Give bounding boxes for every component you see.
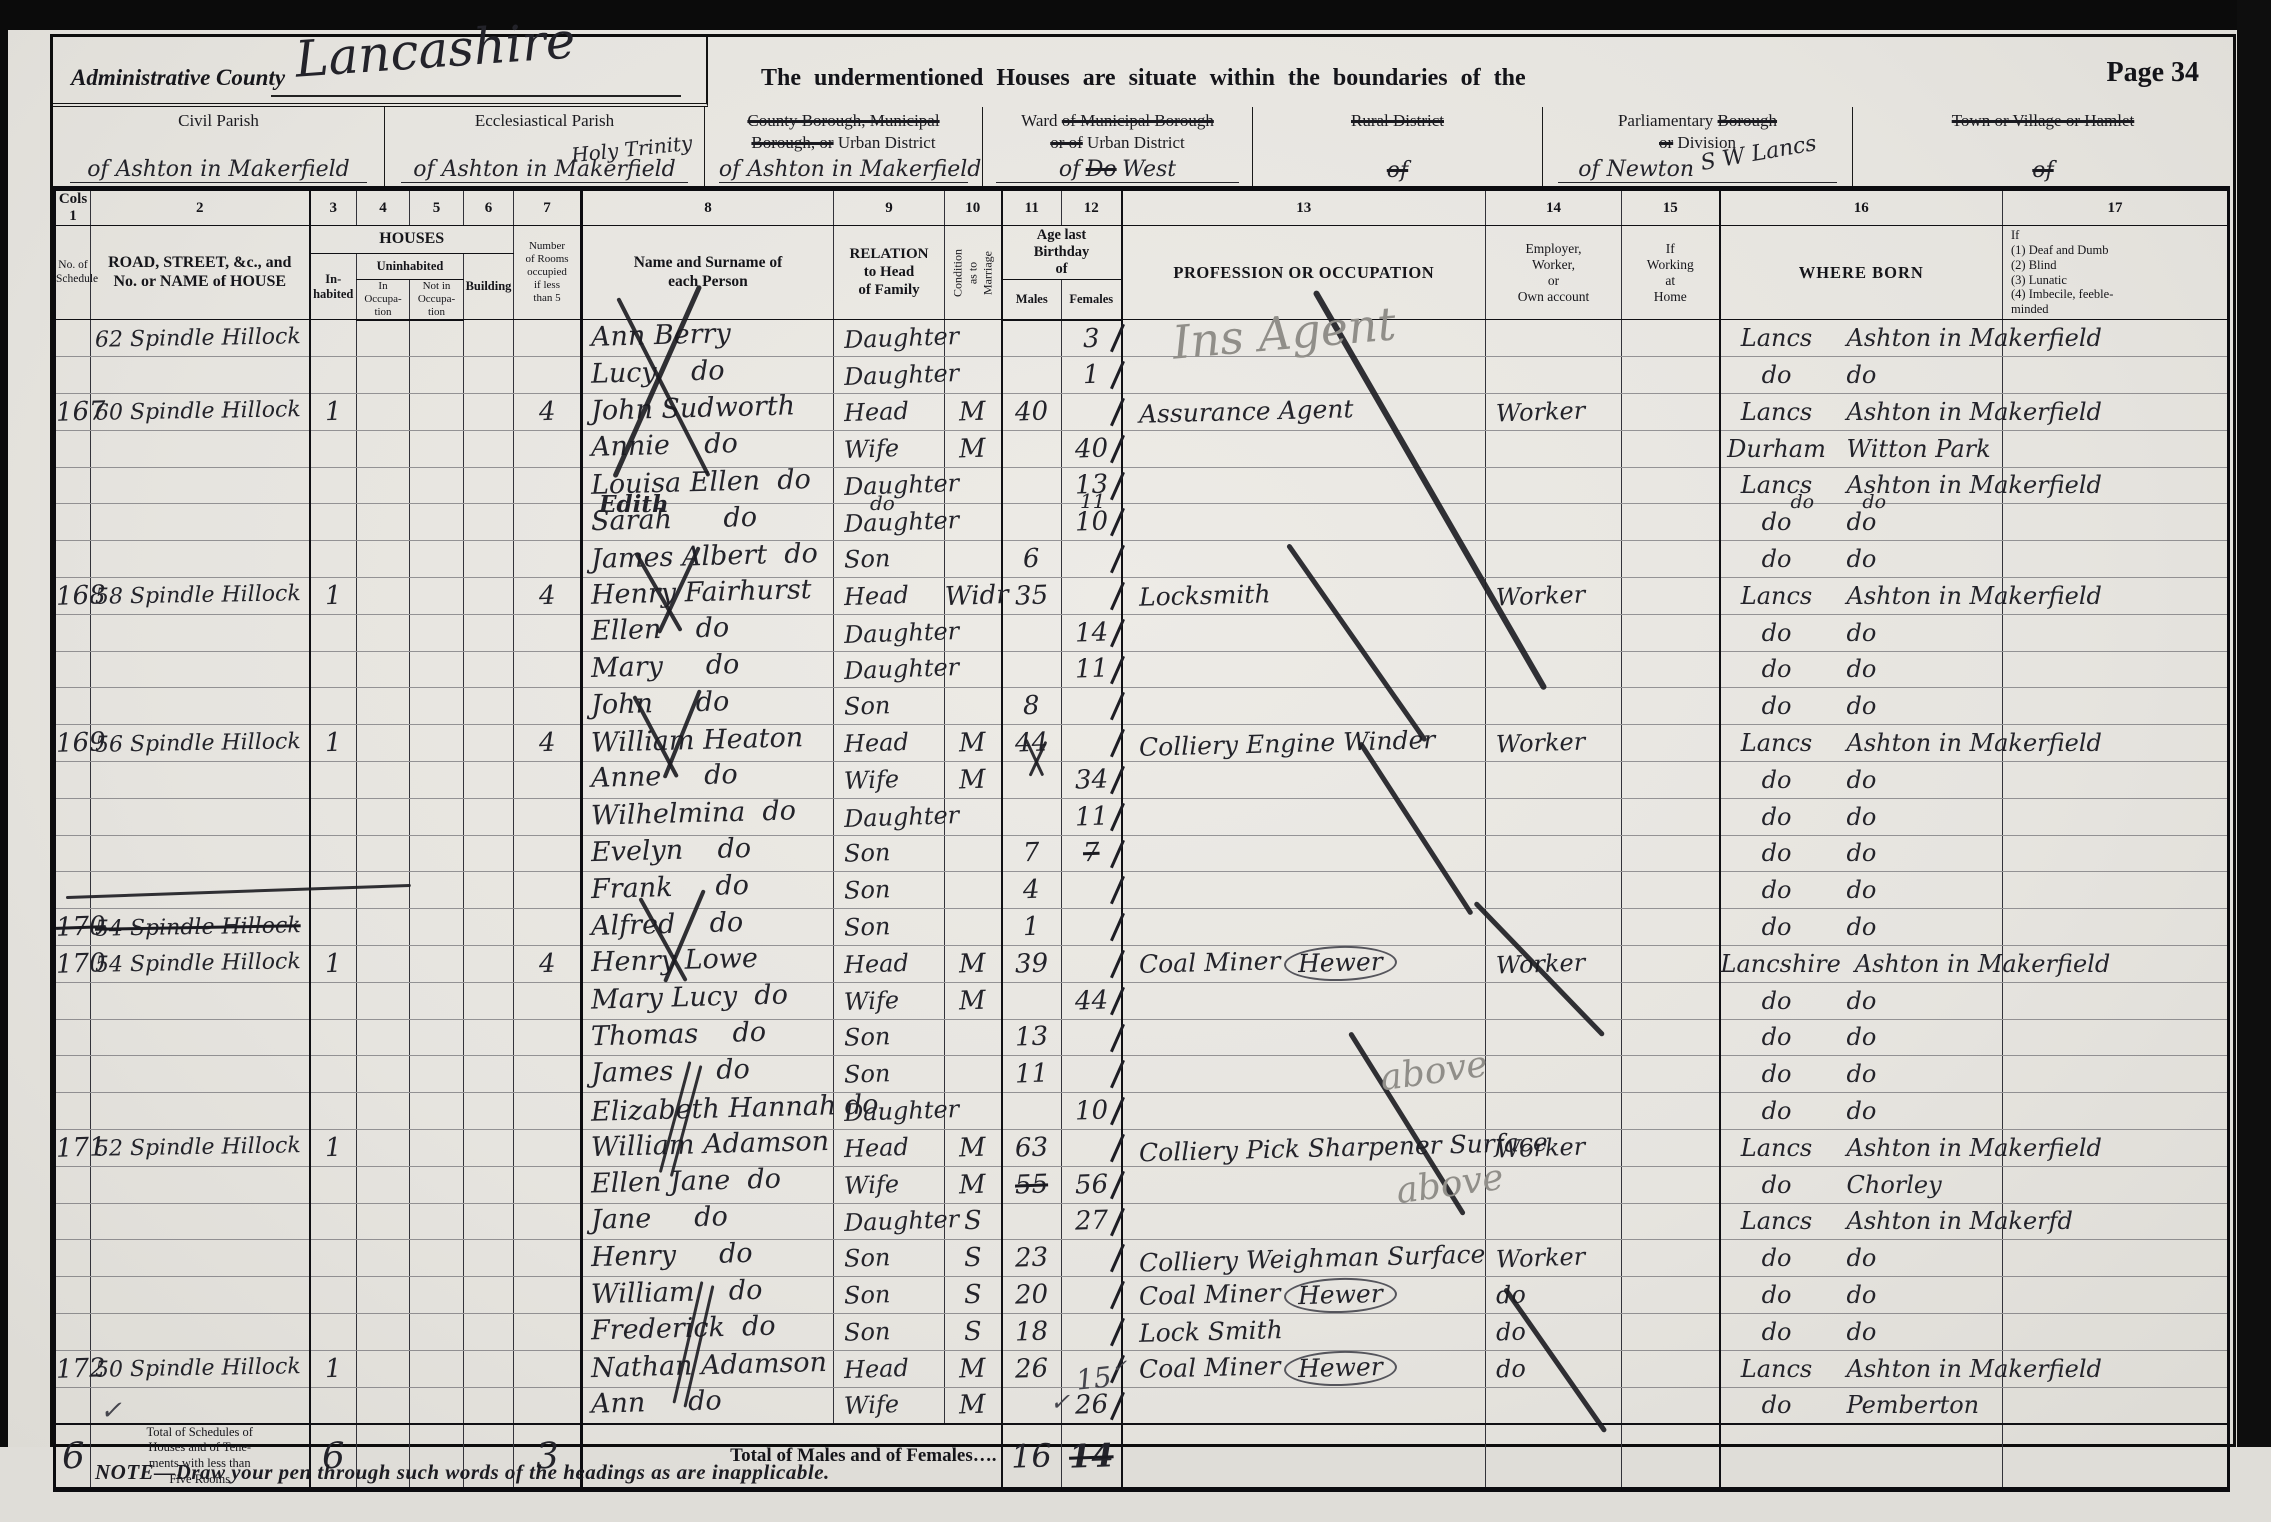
cell-road: 58 Spindle Hillock bbox=[91, 577, 310, 614]
header-females: Females bbox=[1062, 280, 1122, 320]
cell-infirmity bbox=[2003, 688, 2229, 725]
cell-rooms bbox=[514, 1166, 582, 1203]
cell-road bbox=[91, 504, 310, 541]
cell-working-at-home bbox=[1622, 1350, 1720, 1387]
district-title: Rural District bbox=[1253, 107, 1542, 132]
header-rooms: Numberof Roomsoccupiedif lessthan 5 bbox=[514, 226, 582, 320]
cell-name: James do bbox=[582, 1056, 834, 1093]
cell-infirmity bbox=[2003, 1203, 2229, 1240]
cell-condition: M bbox=[945, 1129, 1002, 1166]
cell-working-at-home bbox=[1622, 835, 1720, 872]
cell-age-male: 11 bbox=[1002, 1056, 1062, 1093]
cell-profession: Assurance Agent bbox=[1122, 394, 1486, 431]
cell-where-born: dodo bbox=[1720, 1313, 2003, 1350]
cell-building bbox=[464, 1387, 514, 1424]
cell-relation: Wife bbox=[834, 1387, 945, 1424]
cell-working-at-home bbox=[1622, 688, 1720, 725]
cell-employer bbox=[1486, 430, 1622, 467]
cell-relation: Head bbox=[834, 725, 945, 762]
header-in-occupation: InOccupa-tion bbox=[357, 280, 410, 320]
cell-working-at-home bbox=[1622, 872, 1720, 909]
cell-relation: Wife bbox=[834, 430, 945, 467]
cell-infirmity bbox=[2003, 1093, 2229, 1130]
pencil-annotation: ✓ bbox=[1112, 1356, 1127, 1377]
cell-infirmity bbox=[2003, 577, 2229, 614]
column-number: 10 bbox=[945, 189, 1002, 226]
cell-rooms bbox=[514, 357, 582, 394]
cell-where-born: LancsAshton in Makerfd bbox=[1720, 1203, 2003, 1240]
cell-infirmity bbox=[2003, 504, 2229, 541]
cell-inhabited bbox=[310, 909, 357, 946]
cell-not-in-occupation bbox=[410, 1056, 464, 1093]
census-page-scan: Administrative County Lancashire The und… bbox=[0, 0, 2271, 1522]
cell-in-occupation bbox=[357, 725, 410, 762]
cell-name: John Sudworth bbox=[582, 394, 834, 431]
header-relation: RELATIONto Headof Family bbox=[834, 226, 945, 320]
district-header-civil-parish: Civil Parishof Ashton in Makerfield bbox=[53, 107, 385, 186]
cell-condition: M bbox=[945, 1387, 1002, 1424]
cell-profession bbox=[1122, 651, 1486, 688]
cell-in-occupation bbox=[357, 1093, 410, 1130]
column-numbers-row: Cols 1234567891011121314151617 bbox=[55, 189, 2229, 226]
cell-not-in-occupation bbox=[410, 798, 464, 835]
cell-rooms bbox=[514, 467, 582, 504]
cell-not-in-occupation bbox=[410, 725, 464, 762]
cell-relation: Son bbox=[834, 1240, 945, 1277]
administrative-county-box: Administrative County Lancashire bbox=[53, 37, 708, 107]
cell-in-occupation bbox=[357, 541, 410, 578]
cell-rooms bbox=[514, 982, 582, 1019]
cell-not-in-occupation bbox=[410, 1350, 464, 1387]
cell-working-at-home bbox=[1622, 1166, 1720, 1203]
district-value: of bbox=[1872, 157, 2214, 183]
cell-profession bbox=[1122, 761, 1486, 798]
cell-employer: Worker bbox=[1486, 1129, 1622, 1166]
cell-building bbox=[464, 909, 514, 946]
column-number: Cols 1 bbox=[55, 189, 91, 226]
cell-profession bbox=[1122, 1093, 1486, 1130]
cell-in-occupation bbox=[357, 835, 410, 872]
cell-relation: Daughterdo bbox=[834, 504, 945, 541]
cell-relation: Daughter bbox=[834, 651, 945, 688]
cell-age-male bbox=[1002, 982, 1062, 1019]
cell-schedule: 167 bbox=[55, 394, 91, 431]
cell-not-in-occupation bbox=[410, 688, 464, 725]
cell-employer bbox=[1486, 688, 1622, 725]
header-uninhabited: Uninhabited bbox=[357, 254, 464, 280]
cell-working-at-home bbox=[1622, 761, 1720, 798]
census-row: Wilhelmina doDaughter11dodo bbox=[55, 798, 2229, 835]
cell-inhabited: 1 bbox=[310, 1350, 357, 1387]
cell-in-occupation bbox=[357, 872, 410, 909]
district-value: of Ashton in Makerfield bbox=[719, 156, 968, 183]
cell-employer: Worker bbox=[1486, 1240, 1622, 1277]
cell-where-born: LancsAshton in Makerfield bbox=[1720, 1129, 2003, 1166]
cell-working-at-home bbox=[1622, 467, 1720, 504]
cell-rooms: 4 bbox=[514, 945, 582, 982]
cell-name: Henry Fairhurst bbox=[582, 577, 834, 614]
pencil-annotation: ✓ bbox=[100, 1396, 122, 1426]
administrative-county-label: Administrative County bbox=[71, 65, 285, 91]
cell-where-born: doChorley bbox=[1720, 1166, 2003, 1203]
cell-schedule bbox=[55, 1093, 91, 1130]
cell-name: Mary do bbox=[582, 651, 834, 688]
header-not-in-occupation: Not inOccupa-tion bbox=[410, 280, 464, 320]
cell-age-male: 63 bbox=[1002, 1129, 1062, 1166]
cell-condition bbox=[945, 798, 1002, 835]
cell-road bbox=[91, 430, 310, 467]
cell-schedule: 170 bbox=[55, 945, 91, 982]
cell-condition bbox=[945, 504, 1002, 541]
cell-relation: Son bbox=[834, 909, 945, 946]
cell-employer: Worker bbox=[1486, 725, 1622, 762]
cell-road bbox=[91, 614, 310, 651]
table-header: Cols 1234567891011121314151617No. ofSche… bbox=[55, 189, 2229, 320]
cell-where-born: dodo bbox=[1720, 909, 2003, 946]
cell-employer bbox=[1486, 320, 1622, 357]
district-header-rural-district: Rural Districtof bbox=[1253, 107, 1543, 186]
cell-inhabited bbox=[310, 688, 357, 725]
census-row: 17054 Spindle HillockAlfred doSon1dodo bbox=[55, 909, 2229, 946]
cell-schedule bbox=[55, 320, 91, 357]
cell-employer: Worker bbox=[1486, 394, 1622, 431]
cell-age-male: 18 bbox=[1002, 1313, 1062, 1350]
cell-name: Henry do bbox=[582, 1240, 834, 1277]
cell-age-male: 35 bbox=[1002, 577, 1062, 614]
cell-rooms bbox=[514, 688, 582, 725]
census-row: Jane doDaughterS27LancsAshton in Makerfd bbox=[55, 1203, 2229, 1240]
cell-condition: S bbox=[945, 1313, 1002, 1350]
cell-profession bbox=[1122, 1387, 1486, 1424]
cell-employer bbox=[1486, 541, 1622, 578]
cell-working-at-home bbox=[1622, 1056, 1720, 1093]
cell-age-male bbox=[1002, 467, 1062, 504]
cell-inhabited: 1 bbox=[310, 1129, 357, 1166]
cell-not-in-occupation bbox=[410, 1277, 464, 1314]
cell-not-in-occupation bbox=[410, 1019, 464, 1056]
cell-inhabited bbox=[310, 614, 357, 651]
cell-in-occupation bbox=[357, 1056, 410, 1093]
cell-not-in-occupation bbox=[410, 982, 464, 1019]
cell-working-at-home bbox=[1622, 982, 1720, 1019]
cell-not-in-occupation bbox=[410, 541, 464, 578]
cell-building bbox=[464, 1313, 514, 1350]
cell-infirmity bbox=[2003, 651, 2229, 688]
cell-rooms bbox=[514, 1129, 582, 1166]
cell-name: Frederick do bbox=[582, 1313, 834, 1350]
cell-relation: Head bbox=[834, 1350, 945, 1387]
cell-employer bbox=[1486, 761, 1622, 798]
cell-inhabited bbox=[310, 1166, 357, 1203]
cell-inhabited: 1 bbox=[310, 725, 357, 762]
header-inhabited: In-habited bbox=[310, 254, 357, 320]
cell-age-male bbox=[1002, 320, 1062, 357]
cell-name: Nathan Adamson bbox=[582, 1350, 834, 1387]
cell-schedule bbox=[55, 872, 91, 909]
cell-relation: Daughter bbox=[834, 1093, 945, 1130]
cell-age-male bbox=[1002, 357, 1062, 394]
cell-where-born: dodo bbox=[1720, 1019, 2003, 1056]
cell-road bbox=[91, 761, 310, 798]
cell-inhabited bbox=[310, 1277, 357, 1314]
cell-where-born: dodo bbox=[1720, 688, 2003, 725]
census-row: Anne doWifeM34dodo bbox=[55, 761, 2229, 798]
column-number: 16 bbox=[1720, 189, 2003, 226]
header-schedule: No. ofSchedule bbox=[55, 226, 91, 320]
cell-rooms: 4 bbox=[514, 394, 582, 431]
cell-age-male: 1 bbox=[1002, 909, 1062, 946]
cell-building bbox=[464, 541, 514, 578]
district-header-ecclesiastical-parish: Ecclesiastical ParishHoly Trinityof Asht… bbox=[385, 107, 705, 186]
cell-name: Frank do bbox=[582, 872, 834, 909]
cell-profession bbox=[1122, 982, 1486, 1019]
cell-relation: Head bbox=[834, 577, 945, 614]
census-row: Ellen doDaughter14dodo bbox=[55, 614, 2229, 651]
cell-working-at-home bbox=[1622, 614, 1720, 651]
cell-profession bbox=[1122, 430, 1486, 467]
cell-schedule bbox=[55, 1240, 91, 1277]
cell-road bbox=[91, 1277, 310, 1314]
cell-relation: Wife bbox=[834, 1166, 945, 1203]
cell-employer bbox=[1486, 504, 1622, 541]
cell-in-occupation bbox=[357, 982, 410, 1019]
cell-inhabited bbox=[310, 798, 357, 835]
cell-relation: Son bbox=[834, 1313, 945, 1350]
column-number: 17 bbox=[2003, 189, 2229, 226]
cell-not-in-occupation bbox=[410, 872, 464, 909]
cell-condition bbox=[945, 541, 1002, 578]
cell-road: 56 Spindle Hillock bbox=[91, 725, 310, 762]
cell-not-in-occupation bbox=[410, 1387, 464, 1424]
cell-in-occupation bbox=[357, 1313, 410, 1350]
cell-infirmity bbox=[2003, 798, 2229, 835]
pencil-annotation: 15 bbox=[1074, 1360, 1113, 1397]
cell-profession bbox=[1122, 909, 1486, 946]
cell-road bbox=[91, 467, 310, 504]
cell-in-occupation bbox=[357, 320, 410, 357]
cell-relation: Head bbox=[834, 945, 945, 982]
cell-not-in-occupation bbox=[410, 651, 464, 688]
cell-working-at-home bbox=[1622, 1277, 1720, 1314]
cell-road bbox=[91, 835, 310, 872]
cell-age-male: 20 bbox=[1002, 1277, 1062, 1314]
cell-in-occupation bbox=[357, 1240, 410, 1277]
census-row: Ann doWifeM26doPemberton bbox=[55, 1387, 2229, 1424]
cell-infirmity bbox=[2003, 357, 2229, 394]
column-number: 12 bbox=[1062, 189, 1122, 226]
cell-employer bbox=[1486, 1387, 1622, 1424]
census-row: William doSonS20Coal MinerHewerdododo bbox=[55, 1277, 2229, 1314]
cell-where-born: LancsAshton in Makerfield bbox=[1720, 394, 2003, 431]
census-rows: 62 Spindle HillockAnn BerryDaughter3Lanc… bbox=[55, 320, 2229, 1490]
cell-schedule bbox=[55, 798, 91, 835]
cell-age-male: 6 bbox=[1002, 541, 1062, 578]
cell-rooms bbox=[514, 1387, 582, 1424]
cell-working-at-home bbox=[1622, 1129, 1720, 1166]
cell-inhabited bbox=[310, 1203, 357, 1240]
cell-building bbox=[464, 394, 514, 431]
cell-age-male bbox=[1002, 430, 1062, 467]
cell-road bbox=[91, 1056, 310, 1093]
cell-employer bbox=[1486, 835, 1622, 872]
cell-age-male bbox=[1002, 1093, 1062, 1130]
cell-condition: S bbox=[945, 1277, 1002, 1314]
cell-age-male: 13 bbox=[1002, 1019, 1062, 1056]
cell-rooms bbox=[514, 651, 582, 688]
cell-road: 52 Spindle Hillock bbox=[91, 1129, 310, 1166]
cell-building bbox=[464, 467, 514, 504]
cell-profession: Coal MinerHewer bbox=[1122, 945, 1486, 982]
cell-road bbox=[91, 982, 310, 1019]
cell-name: Ellen do bbox=[582, 614, 834, 651]
cell-not-in-occupation bbox=[410, 577, 464, 614]
cell-working-at-home bbox=[1622, 798, 1720, 835]
census-row: Elizabeth Hannah doDaughter10dodo bbox=[55, 1093, 2229, 1130]
cell-working-at-home bbox=[1622, 1387, 1720, 1424]
cell-where-born: dodo bbox=[1720, 1056, 2003, 1093]
cell-profession bbox=[1122, 1203, 1486, 1240]
cell-age-male bbox=[1002, 614, 1062, 651]
cell-where-born: LancsAshton in Makerfield bbox=[1720, 577, 2003, 614]
cell-condition: Widr bbox=[945, 577, 1002, 614]
header-building: Building bbox=[464, 254, 514, 320]
cell-condition: M bbox=[945, 982, 1002, 1019]
cell-building bbox=[464, 357, 514, 394]
district-header-town-village: Town or Village or Hamletof bbox=[1853, 107, 2233, 186]
cell-infirmity bbox=[2003, 1056, 2229, 1093]
cell-building bbox=[464, 651, 514, 688]
cell-infirmity bbox=[2003, 1129, 2229, 1166]
cell-where-born: DurhamWitton Park bbox=[1720, 430, 2003, 467]
cell-inhabited bbox=[310, 320, 357, 357]
cell-working-at-home bbox=[1622, 651, 1720, 688]
cell-schedule: 171 bbox=[55, 1129, 91, 1166]
cell-in-occupation bbox=[357, 1350, 410, 1387]
cell-inhabited bbox=[310, 651, 357, 688]
cell-where-born: dodo bbox=[1720, 835, 2003, 872]
cell-in-occupation bbox=[357, 688, 410, 725]
cell-inhabited bbox=[310, 1387, 357, 1424]
header-males: Males bbox=[1002, 280, 1062, 320]
cell-schedule bbox=[55, 504, 91, 541]
cell-condition: M bbox=[945, 761, 1002, 798]
cell-where-born: dodo bbox=[1720, 982, 2003, 1019]
cell-profession: Locksmith bbox=[1122, 577, 1486, 614]
cell-working-at-home bbox=[1622, 357, 1720, 394]
cell-rooms bbox=[514, 614, 582, 651]
cell-relation: Son bbox=[834, 1019, 945, 1056]
census-row: James doSon11dodo bbox=[55, 1056, 2229, 1093]
cell-rooms: 4 bbox=[514, 725, 582, 762]
cell-name: Ellen Jane do bbox=[582, 1166, 834, 1203]
cell-where-born: dodo bbox=[1720, 651, 2003, 688]
cell-working-at-home bbox=[1622, 909, 1720, 946]
cell-age-male: 39 bbox=[1002, 945, 1062, 982]
column-number: 14 bbox=[1486, 189, 1622, 226]
cell-not-in-occupation bbox=[410, 614, 464, 651]
cell-in-occupation bbox=[357, 1203, 410, 1240]
cell-inhabited bbox=[310, 357, 357, 394]
cell-profession bbox=[1122, 504, 1486, 541]
cell-rooms bbox=[514, 541, 582, 578]
cell-name: Elizabeth Hannah do bbox=[582, 1093, 834, 1130]
cell-inhabited bbox=[310, 835, 357, 872]
cell-working-at-home bbox=[1622, 430, 1720, 467]
cell-rooms bbox=[514, 872, 582, 909]
census-row: 17054 Spindle Hillock14Henry LoweHeadM39… bbox=[55, 945, 2229, 982]
header-working-at-home: IfWorkingatHome bbox=[1622, 226, 1720, 320]
cell-name: Jane do bbox=[582, 1203, 834, 1240]
cell-employer bbox=[1486, 467, 1622, 504]
cell-name: Anne do bbox=[582, 761, 834, 798]
cell-rooms bbox=[514, 761, 582, 798]
cell-condition: M bbox=[945, 725, 1002, 762]
cell-schedule bbox=[55, 761, 91, 798]
cell-relation: Daughter bbox=[834, 1203, 945, 1240]
cell-working-at-home bbox=[1622, 1240, 1720, 1277]
cell-schedule: 169 bbox=[55, 725, 91, 762]
cell-rooms bbox=[514, 1203, 582, 1240]
cell-road bbox=[91, 798, 310, 835]
census-form: Administrative County Lancashire The und… bbox=[50, 34, 2236, 1447]
cell-road bbox=[91, 1240, 310, 1277]
cell-where-born: LancshireAshton in Makerfield bbox=[1720, 945, 2003, 982]
cell-road bbox=[91, 1019, 310, 1056]
cell-where-born: dodo bbox=[1720, 1240, 2003, 1277]
cell-in-occupation bbox=[357, 394, 410, 431]
cell-infirmity bbox=[2003, 1240, 2229, 1277]
cell-road bbox=[91, 651, 310, 688]
scan-edge-right bbox=[2237, 0, 2271, 1447]
cell-not-in-occupation bbox=[410, 394, 464, 431]
cell-age-male: 26 bbox=[1002, 1350, 1062, 1387]
column-number: 3 bbox=[310, 189, 357, 226]
page-number: Page 34 bbox=[2106, 57, 2199, 89]
cell-condition bbox=[945, 357, 1002, 394]
cell-where-born: LancsAshton in Makerfield bbox=[1720, 725, 2003, 762]
district-title: Ecclesiastical Parish bbox=[385, 107, 704, 132]
district-value: of Ashton in Makerfield bbox=[70, 156, 368, 183]
cell-not-in-occupation bbox=[410, 909, 464, 946]
cell-working-at-home bbox=[1622, 1019, 1720, 1056]
cell-age-male bbox=[1002, 798, 1062, 835]
cell-infirmity bbox=[2003, 614, 2229, 651]
cell-where-born: dodo bbox=[1720, 872, 2003, 909]
cell-not-in-occupation bbox=[410, 1240, 464, 1277]
cell-employer bbox=[1486, 1166, 1622, 1203]
cell-where-born: dodo bbox=[1720, 1093, 2003, 1130]
cell-building bbox=[464, 504, 514, 541]
cell-name: Ann Berry bbox=[582, 320, 834, 357]
cell-name: Evelyn do bbox=[582, 835, 834, 872]
cell-inhabited: 1 bbox=[310, 945, 357, 982]
cell-inhabited bbox=[310, 1240, 357, 1277]
scan-edge-top bbox=[0, 0, 2271, 30]
census-row: Ellen Jane doWifeM55 56doChorley bbox=[55, 1166, 2229, 1203]
cell-profession: Coal MinerHewer bbox=[1122, 1277, 1486, 1314]
cell-building bbox=[464, 577, 514, 614]
cell-condition: M bbox=[945, 945, 1002, 982]
cell-building bbox=[464, 430, 514, 467]
cell-not-in-occupation bbox=[410, 945, 464, 982]
cell-rooms bbox=[514, 1093, 582, 1130]
census-row: 16956 Spindle Hillock14William HeatonHea… bbox=[55, 725, 2229, 762]
cell-condition bbox=[945, 688, 1002, 725]
cell-working-at-home bbox=[1622, 725, 1720, 762]
cell-schedule bbox=[55, 1056, 91, 1093]
cell-schedule bbox=[55, 1277, 91, 1314]
cell-infirmity bbox=[2003, 725, 2229, 762]
